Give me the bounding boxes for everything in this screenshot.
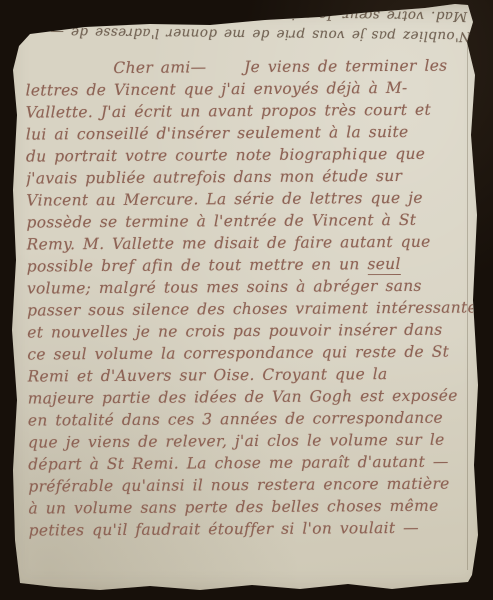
body-line: à un volume sans perte des belles choses… bbox=[28, 494, 474, 519]
letter-body: Cher ami— Je viens de terminer les lettr… bbox=[25, 54, 474, 541]
body-line: et nouvelles je ne crois pas pouvoir ins… bbox=[27, 318, 473, 343]
body-line: lettres de Vincent que j'ai envoyés déjà… bbox=[25, 76, 471, 101]
salutation: Cher ami— bbox=[113, 58, 206, 77]
body-line: départ à St Remi. La chose me paraît d'a… bbox=[28, 450, 474, 475]
letter-paper: N'oubliez pas je vous prie de me donner … bbox=[0, 0, 493, 600]
note-line: Mad. votre sœur. Je sais que c'est à Bus… bbox=[28, 2, 471, 27]
body-line: ce seul volume la correspondance qui res… bbox=[27, 340, 473, 365]
inverted-postscript-note: N'oubliez pas je vous prie de me donner … bbox=[28, 2, 471, 47]
body-line: Vallette. J'ai écrit un avant propos trè… bbox=[26, 98, 472, 123]
body-lines: lettres de Vincent que j'ai envoyés déjà… bbox=[25, 76, 474, 541]
salutation-line: Cher ami— Je viens de terminer les bbox=[25, 54, 471, 79]
body-line: Vincent au Mercure. La série de lettres … bbox=[26, 186, 472, 211]
body-line: Remy. M. Vallette me disait de faire aut… bbox=[27, 230, 473, 255]
body-line: en totalité dans ces 3 années de corresp… bbox=[28, 406, 474, 431]
body-line: préférable qu'ainsi il nous restera enco… bbox=[28, 472, 474, 497]
body-line: volume; malgré tous mes soins à abréger … bbox=[27, 274, 473, 299]
body-line: que je viens de relever, j'ai clos le vo… bbox=[28, 428, 474, 453]
body-line: possède se termine à l'entrée de Vincent… bbox=[26, 208, 472, 233]
body-line: majeure partie des idées de Van Gogh est… bbox=[28, 384, 474, 409]
underlined-word: seul bbox=[367, 255, 400, 275]
body-line: petites qu'il faudrait étouffer si l'on … bbox=[29, 516, 475, 541]
body-line: du portrait votre courte note biographiq… bbox=[26, 142, 472, 167]
body-line: passer sous silence des choses vraiment … bbox=[27, 296, 473, 321]
scan-background: N'oubliez pas je vous prie de me donner … bbox=[0, 0, 493, 600]
body-line: lui ai conseillé d'insérer seulement à l… bbox=[26, 120, 472, 145]
opening-words: Je viens de terminer les bbox=[244, 57, 447, 76]
body-line: Remi et d'Auvers sur Oise. Croyant que l… bbox=[27, 362, 473, 387]
body-line: possible bref afin de tout mettre en un … bbox=[27, 252, 473, 277]
body-line: j'avais publiée autrefois dans mon étude… bbox=[26, 164, 472, 189]
